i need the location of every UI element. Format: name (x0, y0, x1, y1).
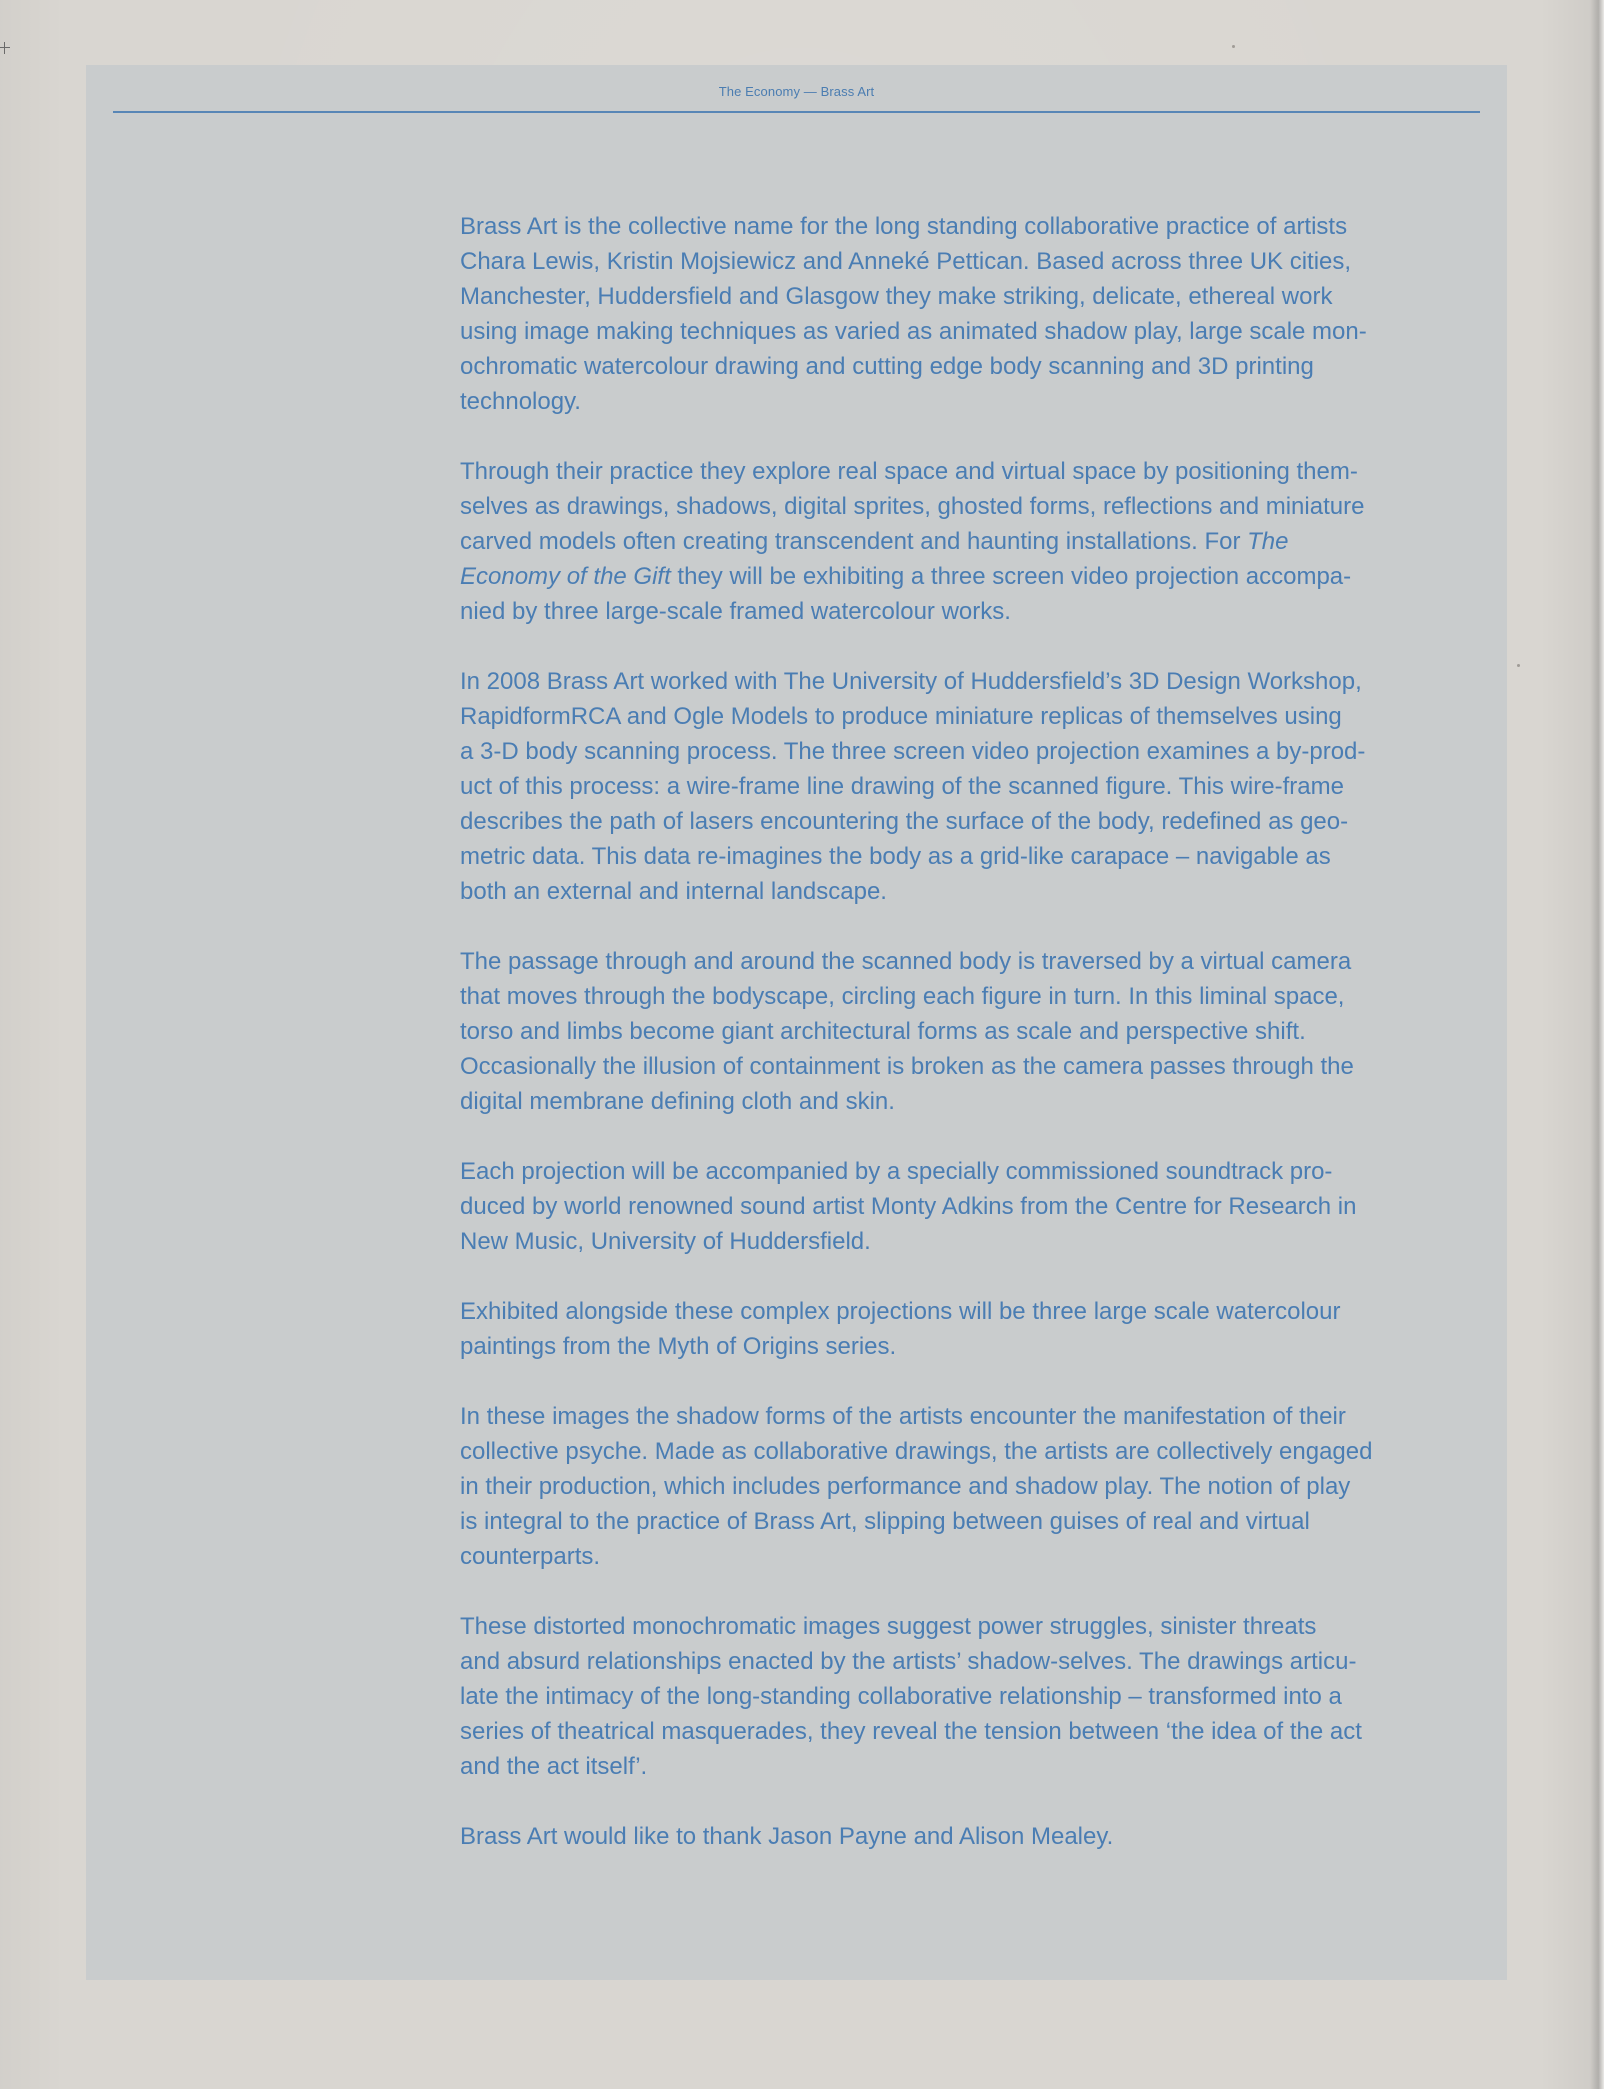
text-line: late the intimacy of the long-standing c… (460, 1679, 1490, 1714)
paragraph: Brass Art would like to thank Jason Payn… (460, 1819, 1490, 1854)
text-line: New Music, University of Huddersfield. (460, 1224, 1490, 1259)
article-body: Brass Art is the collective name for the… (460, 209, 1490, 1889)
text-line: In these images the shadow forms of the … (460, 1399, 1490, 1434)
text-line: digital membrane defining cloth and skin… (460, 1084, 1490, 1119)
text-line: These distorted monochromatic images sug… (460, 1609, 1490, 1644)
text-line: using image making techniques as varied … (460, 314, 1490, 349)
text-line: In 2008 Brass Art worked with The Univer… (460, 664, 1490, 699)
running-head-section: The Economy (719, 84, 800, 99)
text-line: nied by three large-scale framed waterco… (460, 594, 1490, 629)
text-line: selves as drawings, shadows, digital spr… (460, 489, 1490, 524)
header-rule (113, 111, 1480, 113)
running-head: The Economy — Brass Art (86, 84, 1507, 99)
paragraph: Exhibited alongside these complex projec… (460, 1294, 1490, 1364)
paragraph: In these images the shadow forms of the … (460, 1399, 1490, 1574)
text-line: paintings from the Myth of Origins serie… (460, 1329, 1490, 1364)
paragraph: Each projection will be accompanied by a… (460, 1154, 1490, 1259)
text-line: Through their practice they explore real… (460, 454, 1490, 489)
text-line: Brass Art would like to thank Jason Payn… (460, 1819, 1490, 1854)
text-line: technology. (460, 384, 1490, 419)
text-line: describes the path of lasers encounterin… (460, 804, 1490, 839)
text-line: collective psyche. Made as collaborative… (460, 1434, 1490, 1469)
text-line: and absurd relationships enacted by the … (460, 1644, 1490, 1679)
text-line: torso and limbs become giant architectur… (460, 1014, 1490, 1049)
text-line: a 3-D body scanning process. The three s… (460, 734, 1490, 769)
running-head-title: Brass Art (821, 84, 875, 99)
text-line: Occasionally the illusion of containment… (460, 1049, 1490, 1084)
paragraph: Through their practice they explore real… (460, 454, 1490, 629)
text-line: is integral to the practice of Brass Art… (460, 1504, 1490, 1539)
text-line: uct of this process: a wire-frame line d… (460, 769, 1490, 804)
text-line: Exhibited alongside these complex projec… (460, 1294, 1490, 1329)
text-line: Each projection will be accompanied by a… (460, 1154, 1490, 1189)
paper-speck (1232, 45, 1235, 48)
text-line: RapidformRCA and Ogle Models to produce … (460, 699, 1490, 734)
paragraph: The passage through and around the scann… (460, 944, 1490, 1119)
text-line: both an external and internal landscape. (460, 874, 1490, 909)
text-line: in their production, which includes perf… (460, 1469, 1490, 1504)
page-edge-shadow (1590, 0, 1604, 2089)
text-line: Brass Art is the collective name for the… (460, 209, 1490, 244)
paragraph: In 2008 Brass Art worked with The Univer… (460, 664, 1490, 909)
running-head-separator: — (804, 84, 817, 99)
text-line: Chara Lewis, Kristin Mojsiewicz and Anne… (460, 244, 1490, 279)
text-line: ochromatic watercolour drawing and cutti… (460, 349, 1490, 384)
crop-mark-icon (0, 42, 10, 54)
paragraph: These distorted monochromatic images sug… (460, 1609, 1490, 1784)
text-line: series of theatrical masquerades, they r… (460, 1714, 1490, 1749)
text-line: The passage through and around the scann… (460, 944, 1490, 979)
text-line: metric data. This data re-imagines the b… (460, 839, 1490, 874)
paper-speck (1517, 664, 1520, 667)
text-line: Manchester, Huddersfield and Glasgow the… (460, 279, 1490, 314)
text-line: duced by world renowned sound artist Mon… (460, 1189, 1490, 1224)
text-line: and the act itself’. (460, 1749, 1490, 1784)
text-line: carved models often creating transcenden… (460, 524, 1490, 559)
text-line: Economy of the Gift they will be exhibit… (460, 559, 1490, 594)
text-line: counterparts. (460, 1539, 1490, 1574)
text-line: that moves through the bodyscape, circli… (460, 979, 1490, 1014)
article-panel: The Economy — Brass Art Brass Art is the… (86, 65, 1507, 1980)
paragraph: Brass Art is the collective name for the… (460, 209, 1490, 419)
